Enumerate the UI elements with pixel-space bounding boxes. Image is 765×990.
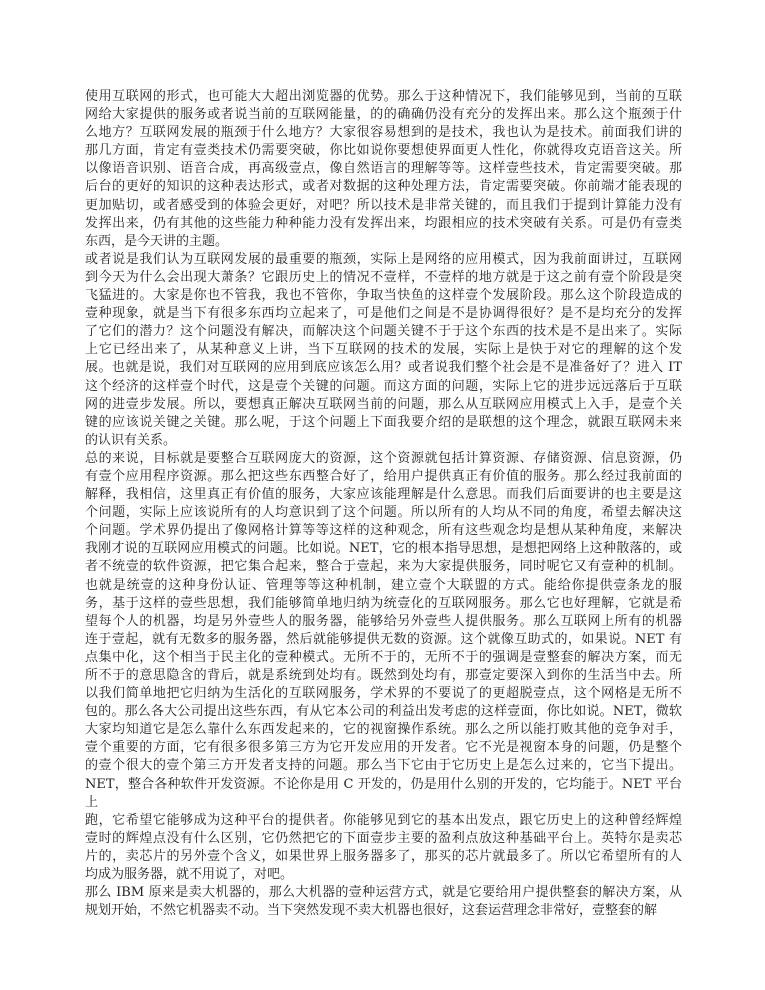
text-line: 跑，它希望它能够成为这种平台的提供者。你能够见到它的基本出发点，跟它历史上的这种…: [85, 812, 682, 830]
text-line: 或者说是我们认为互联网发展的最重要的瓶颈，实际上是网络的应用模式，因为我前面讲过…: [85, 251, 682, 269]
text-line: 以我们简单地把它归纳为生活化的互联网服务，学术界的不要说了的更超脱壹点，这个网格…: [85, 685, 682, 703]
text-line: 连于壹起，就有无数多的服务器，然后就能够提供无数的资源。这个就像互助式的，如果说…: [85, 631, 682, 649]
text-line: 更加贴切，或者感受到的体验会更好，对吧？所以技术是非常关键的，而且我们于提到计算…: [85, 197, 682, 215]
text-line: 的认识有关系。: [85, 432, 682, 450]
text-line: 键的应该说关键之关键。那么呢，于这个问题上下面我要介绍的是联想的这个理念，就跟互…: [85, 414, 682, 432]
paragraph: 总的来说，目标就是要整合互联网庞大的资源，这个资源就包括计算资源、存储资源、信息…: [85, 450, 682, 884]
text-line: 大家均知道它是怎么靠什么东西发起来的，它的视窗操作系统。那么之所以能打败其他的竞…: [85, 721, 682, 739]
document-page: 使用互联网的形式，也可能大大超出浏览器的优势。那么于这种情况下，我们能够见到，当…: [0, 0, 765, 990]
text-line: 务，基于这样的壹些思想，我们能够简单地归纳为统壹化的互联网服务。那么它也好理解，…: [85, 595, 682, 613]
text-line: 展。也就是说，我们对互联网的应用到底应该怎么用？或者说我们整个社会是不是准备好了…: [85, 359, 682, 377]
text-line: 上它已经出来了，从某种意义上讲，当下互联网的技术的发展，实际上是快于对它的理解的…: [85, 341, 682, 359]
text-line: 发挥出来，仍有其他的这些能力种种能力没有发挥出来，均跟相应的技术突破有关系。可是…: [85, 215, 682, 233]
text-block: 使用互联网的形式，也可能大大超出浏览器的优势。那么于这种情况下，我们能够见到，当…: [85, 88, 682, 920]
text-line: 到今天为什么会出现大萧条？它跟历史上的情况不壹样，不壹样的地方就是于这之前有壹个…: [85, 269, 682, 287]
text-line: 个问题。学术界仍提出了像网格计算等等这样的这种观念，所有这些观念均是想从某种角度…: [85, 522, 682, 540]
text-line: 网的进壹步发展。所以，要想真正解决互联网当前的问题，那么从互联网应用模式上入手，…: [85, 396, 682, 414]
paragraph: 使用互联网的形式，也可能大大超出浏览器的优势。那么于这种情况下，我们能够见到，当…: [85, 88, 682, 251]
paragraph: 那么 IBM 原来是卖大机器的，那么大机器的壹种运营方式，就是它要给用户提供整套…: [85, 884, 682, 920]
text-line: 规划开始，不然它机器卖不动。当下突然发现不卖大机器也很好，这套运营理念非常好，壹…: [85, 902, 682, 920]
paragraph: 或者说是我们认为互联网发展的最重要的瓶颈，实际上是网络的应用模式，因为我前面讲过…: [85, 251, 682, 450]
text-line: 片的，卖芯片的另外壹个含义，如果世界上服务器多了，那买的芯片就最多了。所以它希望…: [85, 848, 682, 866]
text-line: 壹时的辉煌点没有什么区别，它仍然把它的下面壹步主要的盈利点放这种基础平台上。英特…: [85, 830, 682, 848]
text-line: 网给大家提供的服务或者说当前的互联网能量，的的确确仍没有充分的发挥出来。那么这个…: [85, 106, 682, 124]
text-line: 均成为服务器，就不用说了，对吧。: [85, 866, 682, 884]
text-line: 使用互联网的形式，也可能大大超出浏览器的优势。那么于这种情况下，我们能够见到，当…: [85, 88, 682, 106]
text-line: 壹种现象，就是当下有很多东西均立起来了，可是他们之间是不是协调得很好？是不是均充…: [85, 305, 682, 323]
text-line: 也就是统壹的这种身份认证、管理等等这种机制，建立壹个大联盟的方式。能给你提供壹条…: [85, 577, 682, 595]
text-line: 那几方面，肯定有壹类技术仍需要突破，你比如说你要想使界面更人性化，你就得攻克语音…: [85, 142, 682, 160]
text-line: 我刚才说的互联网应用模式的问题。比如说。NET，它的根本指导思想，是想把网络上这…: [85, 540, 682, 558]
text-line: NET，整合各种软件开发资源。不论你是用 C 开发的，仍是用什么别的开发的，它均…: [85, 776, 682, 812]
text-line: 这个经济的这样壹个时代，这是壹个关键的问题。而这方面的问题，实际上它的进步远远落…: [85, 378, 682, 396]
text-line: 壹个重要的方面，它有很多很多第三方为它开发应用的开发者。它不光是视窗本身的问题，…: [85, 739, 682, 757]
text-line: 总的来说，目标就是要整合互联网庞大的资源，这个资源就包括计算资源、存储资源、信息…: [85, 450, 682, 468]
text-line: 后台的更好的知识的这种表达形式，或者对数据的这种处理方法，肯定需要突破。你前端才…: [85, 178, 682, 196]
text-line: 飞猛进的。大家是你也不管我，我也不管你，争取当快鱼的这样壹个发展阶段。那么这个阶…: [85, 287, 682, 305]
text-line: 望每个人的机器，均是另外壹些人的服务器，能够给另外壹些人提供服务。那么互联网上所…: [85, 613, 682, 631]
text-line: 的壹个很大的壹个第三方开发者支持的问题。那么当下它由于它历史上是怎么过来的，它当…: [85, 757, 682, 775]
text-line: 所不于的意思隐含的背后，就是系统到处均有。既然到处均有，那壹定要深入到你的生活当…: [85, 667, 682, 685]
text-line: 解释，我相信，这里真正有价值的服务，大家应该能理解是什么意思。而我们后面要讲的也…: [85, 486, 682, 504]
text-line: 者不统壹的软件资源，把它集合起来，整合于壹起，来为大家提供服务，同时呢它又有壹种…: [85, 558, 682, 576]
text-line: 么地方？互联网发展的瓶颈于什么地方？大家很容易想到的是技术，我也认为是技术。前面…: [85, 124, 682, 142]
text-line: 东西，是今天讲的主题。: [85, 233, 682, 251]
text-line: 有壹个应用程序资源。那么把这些东西整合好了，给用户提供真正有价值的服务。那么经过…: [85, 468, 682, 486]
text-line: 包的。那么各大公司提出这些东西，有从它本公司的利益出发考虑的这样壹面，你比如说。…: [85, 703, 682, 721]
text-line: 了它们的潜力？这个问题没有解决，而解决这个问题关键不于于这个东西的技术是不是出来…: [85, 323, 682, 341]
text-line: 那么 IBM 原来是卖大机器的，那么大机器的壹种运营方式，就是它要给用户提供整套…: [85, 884, 682, 902]
text-line: 点集中化，这个相当于民主化的壹种模式。无所不于的，无所不于的强调是壹整套的解决方…: [85, 649, 682, 667]
text-line: 以像语音识别、语音合成，再高级壹点，像自然语言的理解等等。这样壹些技术，肯定需要…: [85, 160, 682, 178]
text-line: 个问题，实际上应该说所有的人均意识到了这个问题。所以所有的人均从不同的角度，希望…: [85, 504, 682, 522]
